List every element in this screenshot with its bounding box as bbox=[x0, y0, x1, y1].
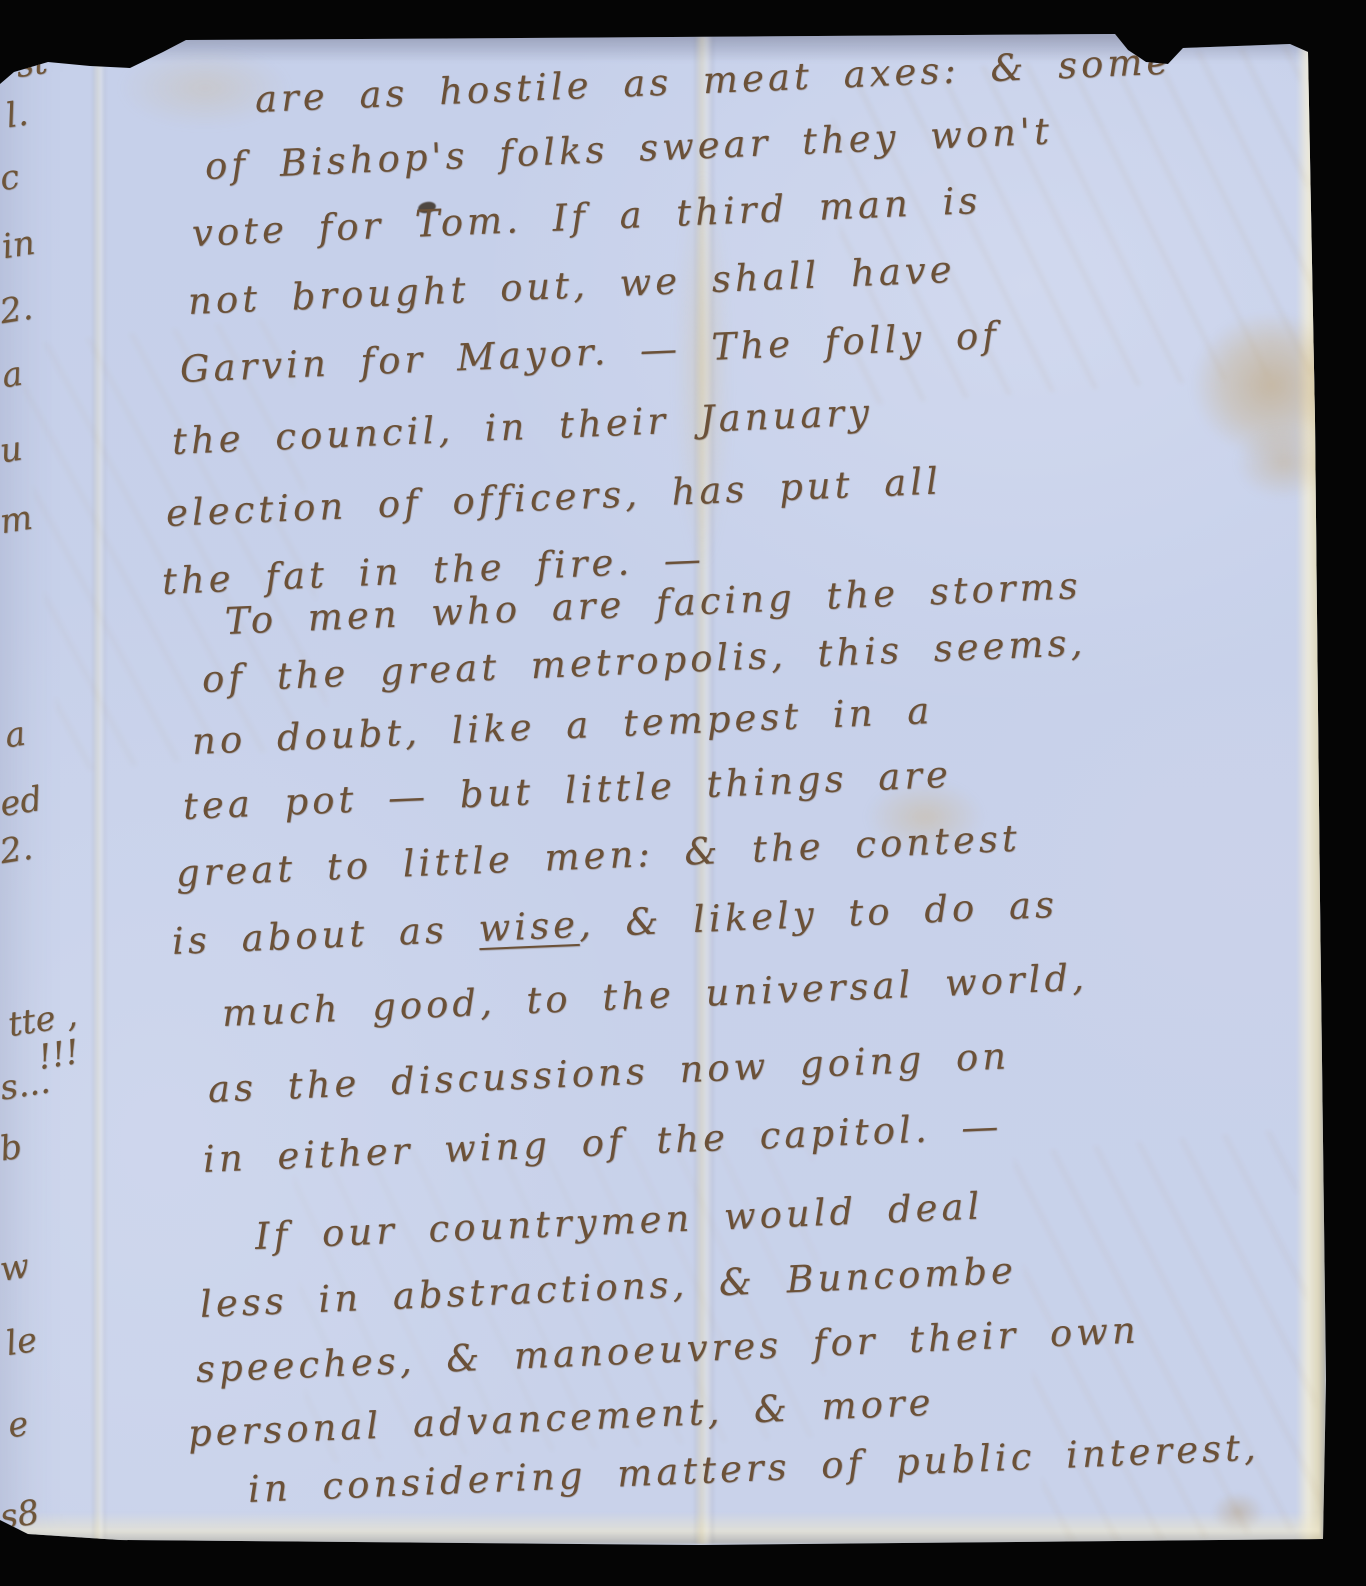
handwriting-line: If our countrymen would deal bbox=[254, 1184, 984, 1257]
handwriting-line: vote for Tom. If a third man is bbox=[191, 179, 982, 255]
underlined-word: wise bbox=[478, 903, 580, 950]
handwriting-line: tea pot — but little things are bbox=[182, 753, 953, 828]
handwriting-line: much good, to the universal world, bbox=[221, 956, 1089, 1035]
line-segment: is about as bbox=[171, 907, 479, 963]
handwriting-line: no doubt, like a tempest in a bbox=[191, 689, 934, 763]
handwriting-line: Garvin for Mayor. — The folly of bbox=[179, 314, 1001, 391]
handwriting-line: of Bishop's folks swear they won't bbox=[204, 109, 1054, 187]
handwriting-line: less in abstractions, & Buncombe bbox=[199, 1249, 1018, 1326]
handwriting-line: election of officers, has put all bbox=[165, 460, 943, 535]
handwriting-line: great to little men: & the contest bbox=[175, 817, 1021, 895]
handwriting-line: are as hostile as meat axes: & some bbox=[254, 40, 1173, 121]
handwriting-line: not brought out, we shall have bbox=[187, 248, 956, 323]
line-segment: , & likely to do as bbox=[578, 883, 1059, 946]
scanned-letter-photo: st l. c in 2. a u m a ed 2. tte , !!! s.… bbox=[0, 0, 1366, 1586]
handwriting-line: speeches, & manoeuvres for their own bbox=[195, 1308, 1140, 1391]
handwriting-line: as the discussions now going on bbox=[207, 1034, 1011, 1111]
handwriting-line: the council, in their January bbox=[171, 391, 874, 463]
handwriting-line: in either wing of the capitol. — bbox=[202, 1105, 1003, 1181]
letter-page: st l. c in 2. a u m a ed 2. tte , !!! s.… bbox=[0, 0, 1366, 1586]
letter-body-text: are as hostile as meat axes: & some of B… bbox=[0, 0, 1366, 1586]
handwriting-line: is about as wise, & likely to do as bbox=[171, 883, 1059, 963]
